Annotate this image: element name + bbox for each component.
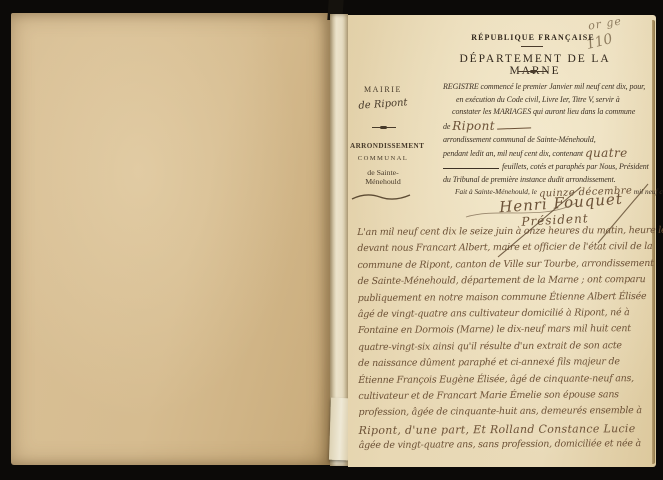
feuillets-count-handwritten: quatre: [585, 146, 628, 160]
notice-line-1: REGISTRE commencé le premier Janvier mil…: [443, 81, 657, 94]
registre-notice: REGISTRE commencé le premier Janvier mil…: [443, 81, 657, 186]
blank-rule: [443, 162, 499, 169]
notice-line-4: de Ripont: [443, 119, 657, 134]
manuscript-line: de Sainte-Ménehould, département de la M…: [358, 274, 655, 292]
republic-title: RÉPUBLIQUE FRANÇAISE: [468, 33, 598, 42]
scanned-register-photo: { "colors": { "background": "#0c0a08", "…: [0, 0, 663, 480]
notice-line-7-printed: feuillets, cotés et paraphés par Nous, P…: [502, 162, 649, 171]
handwriting-flourish: [497, 120, 531, 129]
spine-tape: [329, 398, 350, 461]
fait-printed-2: mil neuf cent: [634, 187, 663, 196]
manuscript-line: Fontaine en Dormois (Marne) le dix-neuf …: [358, 323, 655, 341]
notice-line-6-printed: pendant ledit an, mil neuf cent dix, con…: [443, 149, 583, 158]
manuscript-line: cultivateur et de Francart Marie Émelie …: [358, 389, 655, 407]
department-title: DÉPARTEMENT DE LA MARNE: [440, 53, 630, 77]
arrondissement-commune-name: de Sainte-Ménehould: [350, 168, 416, 186]
ornament-divider: [518, 70, 548, 73]
manuscript-line: Étienne François Eugène Élisée, âgé de c…: [358, 372, 655, 390]
arrondissement-label: ARRONDISSEMENT: [350, 142, 416, 150]
mairie-label: MAIRIE: [350, 85, 416, 94]
manuscript-line: commune de Ripont, canton de Ville sur T…: [357, 258, 654, 276]
notice-line-5: arrondissement communal de Sainte-Méneho…: [443, 134, 657, 147]
communal-label: COMMUNAL: [350, 155, 416, 162]
manuscript-line: profession, âgée de cinquante-huit ans, …: [358, 405, 655, 423]
manuscript-line: Ripont, d'une part, Et Rolland Constance…: [359, 422, 656, 440]
manuscript-line: âgée de vingt-quatre ans, sans professio…: [359, 438, 656, 456]
manuscript-line: de naissance dûment paraphé et ci-annexé…: [358, 356, 655, 374]
notice-line-8: du Tribunal de première instance dudit a…: [443, 174, 657, 187]
notice-line-2: en exécution du Code civil, Livre Ier, T…: [456, 94, 657, 107]
commune-name-handwritten: Ripont: [452, 119, 495, 133]
manuscript-line: publiquement en notre maison commune Éti…: [358, 291, 655, 309]
manuscript-line: quatre-vingt-six ainsi qu'il résulte d'u…: [358, 340, 655, 358]
marriage-act-manuscript: L'an mil neuf cent dix le seize juin à o…: [357, 225, 656, 457]
notice-line-6: pendant ledit an, mil neuf cent dix, con…: [443, 146, 657, 161]
manuscript-line: L'an mil neuf cent dix le seize juin à o…: [357, 225, 654, 243]
notice-line-4-printed: de: [443, 122, 450, 131]
notice-line-7: feuillets, cotés et paraphés par Nous, P…: [443, 161, 657, 174]
fait-printed-1: Fait à Sainte-Ménehould, le: [455, 187, 537, 196]
manuscript-line: âgé de vingt-quatre ans cultivateur domi…: [358, 307, 655, 325]
manuscript-line: devant nous Francart Albert, maire et of…: [357, 241, 654, 259]
divider-rule: [521, 46, 543, 47]
left-blank-page: [11, 13, 330, 465]
notice-line-3: constater les MARIAGES qui auront lieu d…: [452, 106, 657, 119]
